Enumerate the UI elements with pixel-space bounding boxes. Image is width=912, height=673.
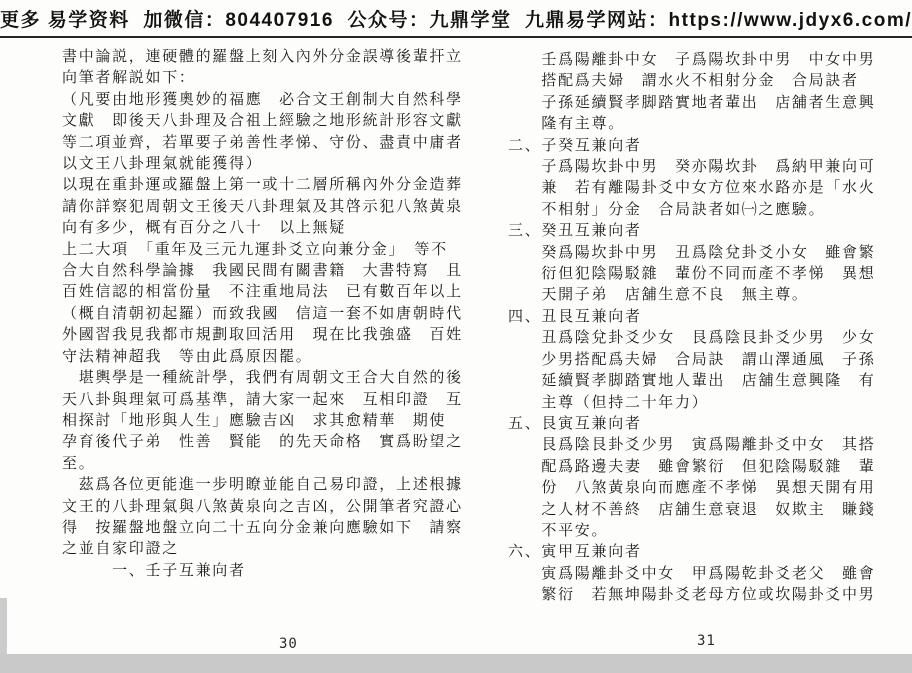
text-line: 不相射」分金 合局訣者如㈠之應驗。 xyxy=(508,200,908,221)
text-line: 延續賢孝脚踏實地人輩出 店舖生意興隆 有 xyxy=(508,371,908,392)
text-line: 搭配爲夫婦 謂水火不相射分金 合局訣者 xyxy=(508,71,908,92)
left-page-text-column: 書中論説，連硬體的羅盤上刻入內外分金誤導後輩扞立向筆者解説如下：（凡要由地形獲奧… xyxy=(62,47,467,582)
text-line: 之人材不善終 店舖生意衰退 奴欺主 賺錢 xyxy=(508,500,908,521)
page-number-right: 31 xyxy=(697,633,716,649)
text-line: 孕育後代子弟 性善 賢能 的先天命格 實爲盼望之 xyxy=(62,432,467,453)
text-line: 書中論説，連硬體的羅盤上刻入內外分金誤導後輩扞立 xyxy=(62,47,467,68)
header-divider-line xyxy=(0,36,912,38)
text-line: 文王的八卦理氣與八煞黃泉向之吉凶，公開筆者究證心 xyxy=(62,497,467,518)
text-line: 以現在重卦運或羅盤上第一或十二層所稱內外分金造葬 xyxy=(62,175,467,196)
text-line: 少男搭配爲夫婦 合局訣 謂山澤通風 子孫 xyxy=(508,350,908,371)
text-line: 外國習我見我都市規劃取回活用 現在比我強盛 百姓 xyxy=(62,325,467,346)
text-line: 百姓信認的相當份量 不注重地局法 已有數百年以上 xyxy=(62,282,467,303)
text-line: 一、壬子互兼向者 xyxy=(62,561,467,582)
page-number-left: 30 xyxy=(279,636,298,652)
text-line: 衍但犯陰陽駁雜 輩份不同而產不孝悌 異想 xyxy=(508,264,908,285)
text-line: 繁衍 若無坤陽卦爻老母方位或坎陽卦爻中男 xyxy=(508,585,908,606)
text-line: 份 八煞黃泉向而應產不孝悌 異想天開有用 xyxy=(508,478,908,499)
text-line: 四、丑艮互兼向者 xyxy=(508,307,908,328)
text-line: 五、艮寅互兼向者 xyxy=(508,414,908,435)
text-line: （凡要由地形獲奧妙的福應 必合文王創制大自然科學 xyxy=(62,90,467,111)
text-line: 得 按羅盤地盤立向二十五向分金兼向應驗如下 請察 xyxy=(62,518,467,539)
text-line: 至。 xyxy=(62,454,467,475)
text-line: 丑爲陰兌卦爻少女 艮爲陰艮卦爻少男 少女 xyxy=(508,328,908,349)
text-line: 癸爲陽坎卦中男 丑爲陰兌卦爻小女 雖會繁 xyxy=(508,243,908,264)
scanned-book-page: 更多 易学资料 加微信：804407916 公众号：九鼎学堂 九鼎易学网站：ht… xyxy=(0,0,912,673)
text-line: 上二大項 「重年及三元九運卦爻立向兼分金」 等不 xyxy=(62,240,467,261)
text-line: （概自清朝初起羅）而致我國 信這一套不如唐朝時代 xyxy=(62,304,467,325)
scan-bottom-edge-shadow xyxy=(0,654,912,673)
text-line: 天開子弟 店舖生意不良 無主尊。 xyxy=(508,285,908,306)
text-line: 守法精神超我 等由此爲原因罷。 xyxy=(62,347,467,368)
text-line: 合大自然科學論據 我國民間有關書籍 大書特寫 且 xyxy=(62,261,467,282)
text-line: 相探討「地形與人生」應驗吉凶 求其愈精華 期使 xyxy=(62,411,467,432)
text-line: 艮爲陰艮卦爻少男 寅爲陽離卦爻中女 其搭 xyxy=(508,435,908,456)
text-line: 以文王八卦理氣就能獲得） xyxy=(62,154,467,175)
text-line: 向筆者解説如下： xyxy=(62,68,467,89)
text-line: 主尊（但持二十年力） xyxy=(508,393,908,414)
text-line: 等二項並齊，若單要子弟善性孝悌、守份、盡責中庸者 xyxy=(62,133,467,154)
text-line: 茲爲各位更能進一步明瞭並能自己易印證，上述根據 xyxy=(62,475,467,496)
text-line: 之並自家印證之 xyxy=(62,539,467,560)
text-line: 壬爲陽離卦中女 子爲陽坎卦中男 中女中男 xyxy=(508,50,908,71)
text-line: 堪輿學是一種統計學，我們有周朝文王合大自然的後 xyxy=(62,368,467,389)
text-line: 六、寅甲互兼向者 xyxy=(508,542,908,563)
text-line: 向有多少，概有百分之八十 以上無疑 xyxy=(62,218,467,239)
right-page-text-column: 壬爲陽離卦中女 子爲陽坎卦中男 中女中男 搭配爲夫婦 謂水火不相射分金 合局訣者… xyxy=(508,50,908,607)
text-line: 隆有主尊。 xyxy=(508,114,908,135)
text-line: 子孫延續賢孝脚踏實地者輩出 店舖者生意興 xyxy=(508,93,908,114)
text-line: 文獻 即後天八卦理及合祖上經驗之地形統計形容文獻 xyxy=(62,111,467,132)
promo-header-banner: 更多 易学资料 加微信：804407916 公众号：九鼎学堂 九鼎易学网站：ht… xyxy=(0,5,912,32)
text-line: 配爲路邊夫妻 雖會繁衍 但犯陰陽駁雜 輩 xyxy=(508,457,908,478)
text-line: 不平安。 xyxy=(508,521,908,542)
text-line: 請你詳察犯周朝文王後天八卦理氣及其啓示犯八煞黃泉 xyxy=(62,197,467,218)
text-line: 三、癸丑互兼向者 xyxy=(508,221,908,242)
text-line: 兼 若有離陽卦爻中女方位來水路亦是「水火 xyxy=(508,178,908,199)
text-line: 子爲陽坎卦中男 癸亦陽坎卦 爲納甲兼向可 xyxy=(508,157,908,178)
text-line: 寅爲陽離卦爻中女 甲爲陽乾卦爻老父 雖會 xyxy=(508,564,908,585)
text-line: 天八卦與理氣可爲基準，請大家一起來 互相印證 互 xyxy=(62,390,467,411)
text-line: 二、子癸互兼向者 xyxy=(508,136,908,157)
